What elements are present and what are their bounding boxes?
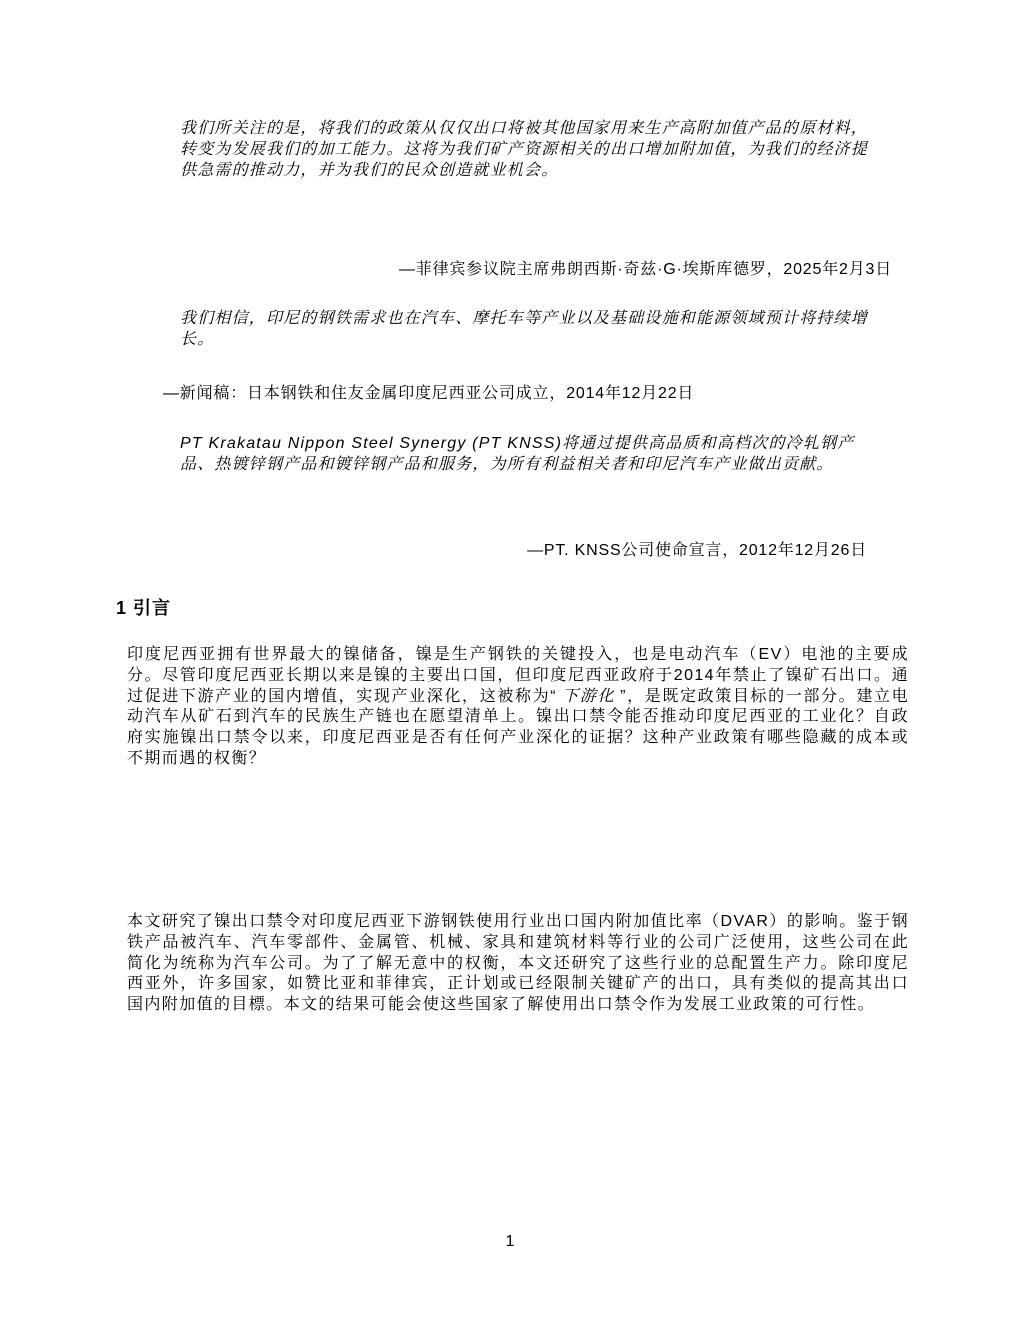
epigraph-attribution-1: —菲律宾参议院主席弗朗西斯·奇兹·G·埃斯库德罗，2025年2月3日	[399, 260, 892, 279]
intro-paragraph-2: 本文研究了镍出口禁令对印度尼西亚下游钢铁使用行业出口国内附加值比率（DVAR）的…	[127, 912, 909, 1016]
page-number: 1	[0, 1233, 1020, 1251]
epigraph-quote-1: 我们所关注的是，将我们的政策从仅仅出口将被其他国家用来生产高附加值产品的原材料，…	[180, 118, 880, 181]
epigraph-quote-2: 我们相信，印尼的钢铁需求也在汽车、摩托车等产业以及基础设施和能源领域预计将持续增…	[180, 308, 880, 350]
document-page: 我们所关注的是，将我们的政策从仅仅出口将被其他国家用来生产高附加值产品的原材料，…	[0, 0, 1020, 1320]
epigraph-attribution-2: —新闻稿：日本钢铁和住友金属印度尼西亚公司成立，2014年12月22日	[163, 384, 694, 403]
intro-paragraph-1: 印度尼西亚拥有世界最大的镍储备，镍是生产钢铁的关键投入，也是电动汽车（EV）电池…	[127, 645, 909, 770]
epigraph-quote-3: PT Krakatau Nippon Steel Synergy (PT KNS…	[180, 433, 880, 475]
section-heading-introduction: 1 引言	[116, 594, 171, 620]
downstreaming-term: 下游化	[557, 688, 620, 705]
epigraph-attribution-3: —PT. KNSS公司使命宣言，2012年12月26日	[527, 541, 867, 560]
